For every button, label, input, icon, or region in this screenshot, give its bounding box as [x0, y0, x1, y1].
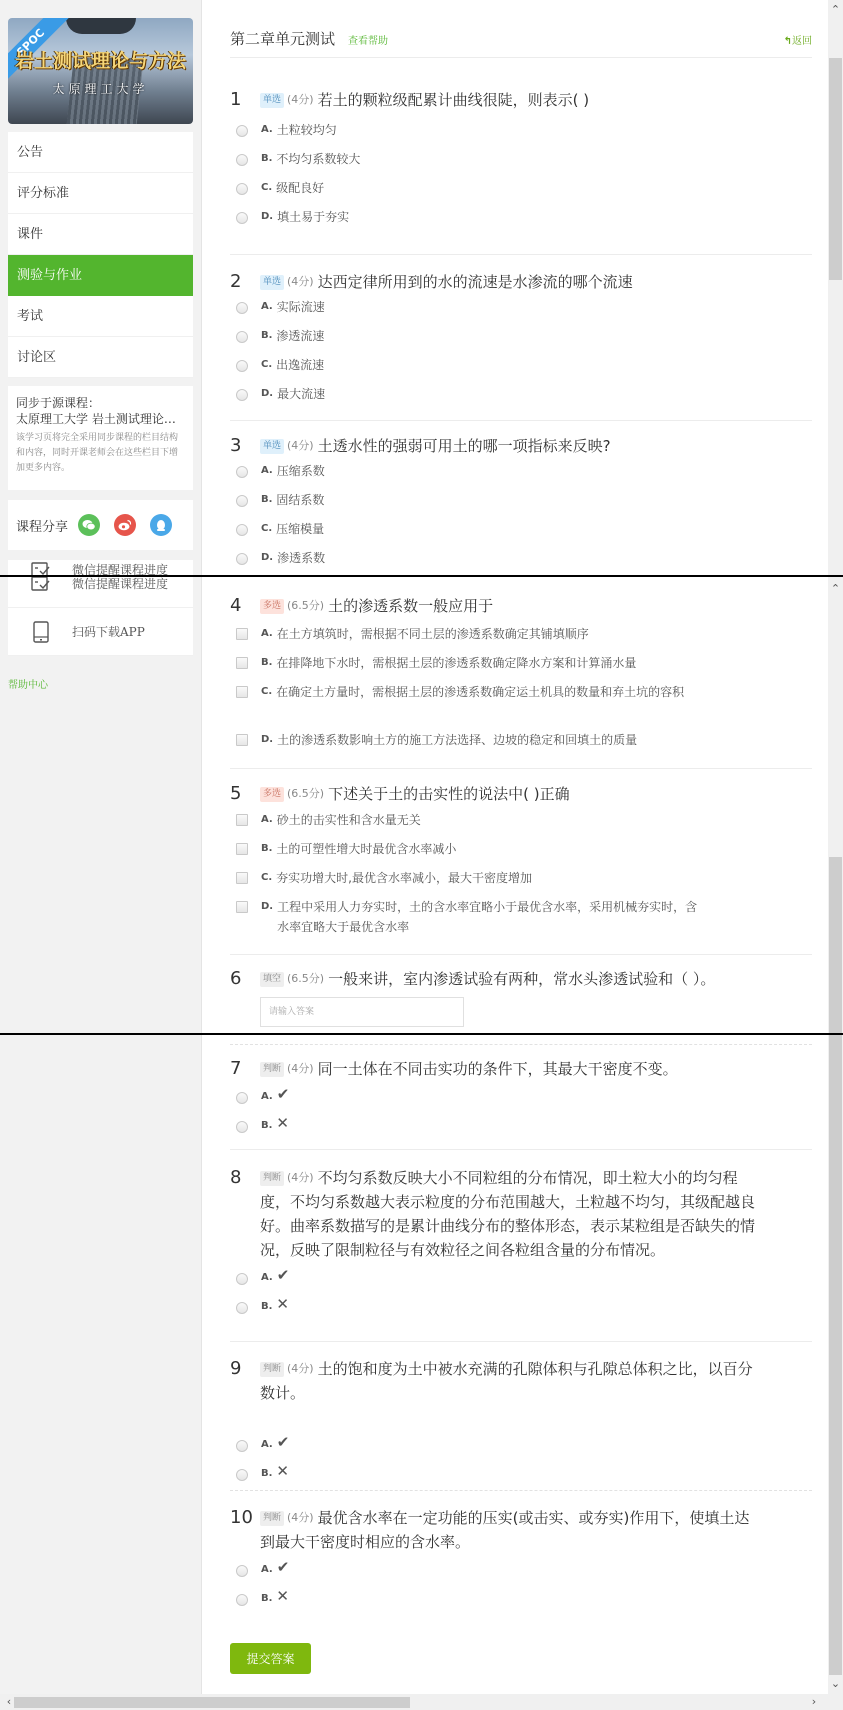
- option-d[interactable]: D.渗透系数: [230, 550, 812, 576]
- question-score: (4分): [287, 93, 314, 106]
- option-d[interactable]: D.土的渗透系数影响土方的施工方法选择、边坡的稳定和回填土的质量: [230, 732, 812, 761]
- question-score: (4分): [287, 1362, 314, 1375]
- option-a[interactable]: A.压缩系数: [230, 463, 812, 492]
- question-score: (4分): [287, 1062, 314, 1075]
- option-d[interactable]: D.填土易于夯实: [230, 209, 812, 238]
- question-text: 土透水性的强弱可用土的哪一项指标来反映?: [318, 437, 611, 455]
- radio-button[interactable]: [236, 1302, 248, 1314]
- question-score: (4分): [287, 275, 314, 288]
- sidebar-tools-box: 微信提醒课程进度 扫码下载APP: [8, 577, 193, 656]
- back-link[interactable]: ↰返回: [784, 32, 812, 47]
- options-list: A.✔ B.✕: [230, 1562, 812, 1620]
- option-d[interactable]: D.最大流速: [230, 386, 812, 415]
- scroll-down-arrow-icon[interactable]: ⌄: [828, 1676, 843, 1692]
- wechat-icon[interactable]: [78, 514, 100, 536]
- question-type-tag: 单选: [260, 93, 284, 108]
- question-header: 7 判断(4分)同一土体在不同击实功的条件下，其最大干密度不变。: [230, 1057, 812, 1081]
- question-header: 4 多选(6.5分)土的渗透系数一般应用于: [230, 594, 812, 618]
- options-list: A.实际流速 B.渗透流速 C.出逸流速 D.最大流速: [230, 299, 812, 415]
- radio-button[interactable]: [236, 389, 248, 401]
- question-header: 10 判断(4分)最优含水率在一定功能的压实(或击实、或夯实)作用下，使填土达到…: [230, 1506, 760, 1554]
- sidebar-item-announcements[interactable]: 公告: [8, 132, 193, 173]
- options-list: A.压缩系数 B.固结系数 C.压缩模量 D.渗透系数: [230, 463, 812, 576]
- vertical-scrollbar[interactable]: ⌃: [828, 0, 843, 576]
- question-10: 10 判断(4分)最优含水率在一定功能的压实(或击实、或夯实)作用下，使填土达到…: [230, 1506, 812, 1620]
- checkbox[interactable]: [236, 734, 248, 746]
- option-letter: A.: [261, 124, 273, 135]
- phone-icon: [28, 621, 54, 643]
- radio-button[interactable]: [236, 183, 248, 195]
- question-number: 8: [230, 1166, 241, 1190]
- option-letter: A.: [261, 1564, 273, 1575]
- option-b[interactable]: B.在排降地下水时，需根据土层的渗透系数确定降水方案和计算涌水量: [230, 655, 812, 684]
- checkbox[interactable]: [236, 628, 248, 640]
- checkbox[interactable]: [236, 872, 248, 884]
- option-letter: D.: [261, 552, 273, 563]
- question-score: (6.5分): [287, 972, 324, 985]
- question-number: 1: [230, 88, 241, 112]
- cross-icon: ✕: [276, 1295, 289, 1313]
- question-score: (6.5分): [287, 787, 324, 800]
- option-text: 压缩系数: [277, 461, 697, 481]
- radio-button[interactable]: [236, 331, 248, 343]
- share-label: 课程分享: [16, 516, 68, 535]
- question-text: 同一土体在不同击实功的条件下，其最大干密度不变。: [318, 1060, 678, 1078]
- option-text: 出逸流速: [276, 355, 696, 375]
- radio-button[interactable]: [236, 1469, 248, 1481]
- scroll-up-arrow-icon[interactable]: ⌃: [828, 2, 843, 18]
- question-header: 1 单选(4分)若土的颗粒级配累计曲线很陡，则表示( ): [230, 88, 812, 112]
- capture-panel-3: 7 判断(4分)同一土体在不同击实功的条件下，其最大干密度不变。 A.✔ B.✕…: [0, 1035, 843, 1694]
- check-icon: ✔: [277, 1558, 290, 1576]
- scroll-up-arrow-icon[interactable]: ⌃: [828, 581, 843, 597]
- option-c[interactable]: C.在确定土方量时，需根据土层的渗透系数确定运土机具的数量和弃土坑的容积: [230, 684, 812, 732]
- question-1: 1 单选(4分)若土的颗粒级配累计曲线很陡，则表示( ) A.土粒较均匀 B.不…: [230, 88, 812, 238]
- radio-button[interactable]: [236, 302, 248, 314]
- question-number: 7: [230, 1057, 241, 1081]
- qq-icon[interactable]: [150, 514, 172, 536]
- option-false[interactable]: B.✕: [230, 1591, 812, 1620]
- options-list: A.砂土的击实性和含水量无关 B.土的可塑性增大时最优含水率减小 C.夯实功增大…: [230, 812, 812, 943]
- option-b[interactable]: B.渗透流速: [230, 328, 812, 357]
- option-letter: A.: [261, 465, 273, 476]
- sidebar-item-exams[interactable]: 考试: [8, 296, 193, 337]
- question-type-tag: 单选: [260, 275, 284, 290]
- checkbox[interactable]: [236, 657, 248, 669]
- question-4: 4 多选(6.5分)土的渗透系数一般应用于 A.在土方填筑时，需根据不同土层的渗…: [230, 594, 812, 761]
- option-letter: A.: [261, 814, 273, 825]
- submit-answers-button[interactable]: 提交答案: [230, 1643, 311, 1674]
- option-text: 压缩模量: [276, 519, 696, 539]
- option-text: 实际流速: [277, 297, 697, 317]
- question-type-tag: 多选: [260, 787, 284, 802]
- sidebar-item-grading[interactable]: 评分标准: [8, 173, 193, 214]
- radio-button[interactable]: [236, 1121, 248, 1133]
- page-header: 第二章单元测试 查看帮助 ↰返回: [230, 28, 812, 58]
- sync-course-link[interactable]: 太原理工大学 岩土测试理论与...: [16, 411, 185, 427]
- question-score: (6.5分): [287, 599, 324, 612]
- option-text: 渗透流速: [276, 326, 696, 346]
- question-number: 2: [230, 270, 241, 294]
- course-share-box: 课程分享: [8, 500, 193, 550]
- option-text: 夯实功增大时,最优含水率减小，最大干密度增加: [276, 868, 696, 888]
- option-letter: C.: [261, 359, 272, 370]
- question-header: 8 判断(4分)不均匀系数反映大小不同粒组的分布情况，即土粒大小的均匀程度，不均…: [230, 1166, 760, 1262]
- option-text: 固结系数: [276, 490, 696, 510]
- checkbox[interactable]: [236, 901, 248, 913]
- question-type-tag: 判断: [260, 1171, 284, 1186]
- cover-building-top: [66, 18, 136, 34]
- option-true[interactable]: A.✔: [230, 1089, 812, 1118]
- question-score: (4分): [287, 439, 314, 452]
- option-c[interactable]: C.级配良好: [230, 180, 812, 209]
- cross-icon: ✕: [276, 1462, 289, 1480]
- question-divider: [230, 254, 812, 255]
- question-text: 达西定律所用到的水的流速是水渗流的哪个流速: [318, 273, 633, 291]
- question-3: 3 单选(4分)土透水性的强弱可用土的哪一项指标来反映? A.压缩系数 B.固结…: [230, 434, 812, 576]
- question-6: 6 填空(6.5分)一般来讲，室内渗透试验有两种，常水头渗透试验和（ ）。: [230, 967, 812, 991]
- back-link-label: 返回: [792, 36, 812, 47]
- radio-button[interactable]: [236, 1594, 248, 1606]
- option-true[interactable]: A.✔: [230, 1270, 812, 1299]
- option-letter: B.: [261, 1468, 272, 1479]
- question-2: 2 单选(4分)达西定律所用到的水的流速是水渗流的哪个流速 A.实际流速 B.渗…: [230, 270, 812, 415]
- header-divider: [230, 57, 812, 58]
- checkbox[interactable]: [236, 814, 248, 826]
- question-number: 3: [230, 434, 241, 458]
- checkbox[interactable]: [236, 843, 248, 855]
- cross-icon: ✕: [276, 1114, 289, 1132]
- cover-school-name: 太原理工大学: [8, 80, 193, 97]
- option-b[interactable]: B.土的可塑性增大时最优含水率减小: [230, 841, 812, 870]
- radio-button[interactable]: [236, 466, 248, 478]
- question-8: 8 判断(4分)不均匀系数反映大小不同粒组的分布情况，即土粒大小的均匀程度，不均…: [230, 1166, 812, 1328]
- scrollbar-thumb[interactable]: [14, 1697, 410, 1708]
- option-a[interactable]: A.在土方填筑时，需根据不同土层的渗透系数确定其铺填顺序: [230, 626, 812, 655]
- options-list: A.✔ B.✕: [230, 1270, 812, 1328]
- question-5: 5 多选(6.5分)下述关于土的击实性的说法中( )正确 A.砂土的击实性和含水…: [230, 782, 812, 943]
- capture-panel-1: SPOC 岩土测试理论与方法 太原理工大学 公告 评分标准 课件 测验与作业 考…: [0, 0, 843, 576]
- radio-button[interactable]: [236, 360, 248, 372]
- sidebar-item-discussion[interactable]: 讨论区: [8, 337, 193, 378]
- option-letter: B.: [261, 1120, 272, 1131]
- question-header: 3 单选(4分)土透水性的强弱可用土的哪一项指标来反映?: [230, 434, 812, 458]
- option-text: 土粒较均匀: [277, 120, 697, 140]
- radio-button[interactable]: [236, 1273, 248, 1285]
- weibo-icon[interactable]: [114, 514, 136, 536]
- vertical-scrollbar[interactable]: ⌄: [828, 1035, 843, 1694]
- question-text: 最优含水率在一定功能的压实(或击实、或夯实)作用下，使填土达到最大干密度时相应的…: [260, 1509, 749, 1551]
- wechat-reminder-item[interactable]: 微信提醒课程进度: [8, 546, 193, 576]
- question-divider: [230, 768, 812, 769]
- options-list: A.土粒较均匀 B.不均匀系数较大 C.级配良好 D.填土易于夯实: [230, 122, 812, 238]
- option-a[interactable]: A.土粒较均匀: [230, 122, 812, 151]
- option-text: 渗透系数: [277, 548, 697, 568]
- sidebar-tools-box-top: 微信提醒课程进度: [8, 560, 193, 576]
- option-text: 不均匀系数较大: [276, 149, 696, 169]
- capture-separator: [0, 1033, 843, 1035]
- question-type-tag: 填空: [260, 972, 284, 987]
- option-letter: A.: [261, 1272, 273, 1283]
- question-header: 2 单选(4分)达西定律所用到的水的流速是水渗流的哪个流速: [230, 270, 812, 294]
- answer-input[interactable]: [260, 997, 464, 1027]
- option-letter: B.: [261, 657, 272, 668]
- question-divider: [230, 1149, 812, 1150]
- options-list: A.在土方填筑时，需根据不同土层的渗透系数确定其铺填顺序 B.在排降地下水时，需…: [230, 626, 812, 761]
- question-7: 7 判断(4分)同一土体在不同击实功的条件下，其最大干密度不变。 A.✔ B.✕: [230, 1057, 812, 1147]
- sidebar-background: [0, 1035, 200, 1694]
- reminder-icon: [28, 577, 54, 592]
- sidebar-item-courseware[interactable]: 课件: [8, 214, 193, 255]
- question-number: 10: [230, 1506, 253, 1530]
- option-d[interactable]: D.工程中采用人力夯实时，土的含水率宜略小于最优含水率，采用机械夯实时，含水率宜…: [230, 899, 812, 943]
- help-center-link[interactable]: 帮助中心: [8, 676, 48, 691]
- option-text: 填土易于夯实: [277, 207, 697, 227]
- scroll-right-arrow-icon[interactable]: ›: [807, 1694, 821, 1710]
- option-a[interactable]: A.砂土的击实性和含水量无关: [230, 812, 812, 841]
- question-number: 9: [230, 1357, 241, 1381]
- question-header: 9 判断(4分)土的饱和度为土中被水充满的孔隙体积与孔隙总体积之比，以百分数计。: [230, 1357, 760, 1405]
- option-c[interactable]: C.夯实功增大时,最优含水率减小，最大干密度增加: [230, 870, 812, 899]
- options-list: A.✔ B.✕: [230, 1437, 812, 1495]
- question-divider: [230, 420, 812, 421]
- option-text: 最大流速: [277, 384, 697, 404]
- horizontal-scrollbar[interactable]: ‹ ›: [0, 1694, 843, 1710]
- radio-button[interactable]: [236, 1565, 248, 1577]
- scrollbar-thumb[interactable]: [829, 857, 842, 1034]
- capture-separator: [0, 575, 843, 577]
- question-divider: [230, 1341, 812, 1342]
- options-list: A.✔ B.✕: [230, 1089, 812, 1147]
- option-letter: B.: [261, 843, 272, 854]
- sidebar-nav: 公告 评分标准 课件 测验与作业 考试 讨论区: [8, 132, 193, 378]
- question-header: 6 填空(6.5分)一般来讲，室内渗透试验有两种，常水头渗透试验和（ ）。: [230, 967, 812, 991]
- sync-title: 同步于源课程：: [16, 396, 185, 411]
- question-number: 4: [230, 594, 241, 618]
- capture-panel-2: 微信提醒课程进度 扫码下载APP 帮助中心 4 多选(6.5分)土的渗透系数一般…: [0, 577, 843, 1034]
- download-app-label: 扫码下载APP: [72, 623, 145, 640]
- question-text: 下述关于土的击实性的说法中( )正确: [328, 785, 569, 803]
- option-text: 砂土的击实性和含水量无关: [277, 810, 697, 830]
- option-text: 在排降地下水时，需根据土层的渗透系数确定降水方案和计算涌水量: [276, 653, 696, 673]
- radio-button[interactable]: [236, 1440, 248, 1452]
- option-false[interactable]: B.✕: [230, 1118, 812, 1147]
- option-letter: B.: [261, 494, 272, 505]
- question-9: 9 判断(4分)土的饱和度为土中被水充满的孔隙体积与孔隙总体积之比，以百分数计。…: [230, 1357, 812, 1495]
- option-letter: B.: [261, 153, 272, 164]
- page-title: 第二章单元测试: [230, 28, 335, 49]
- check-icon: ✔: [277, 1085, 290, 1103]
- radio-button[interactable]: [236, 212, 248, 224]
- scrollbar-thumb[interactable]: [829, 1035, 842, 1675]
- question-score: (4分): [287, 1171, 314, 1184]
- question-number: 5: [230, 782, 241, 806]
- sync-note: 该学习页将完全采用同步课程的栏目结构和内容，同时开课老师会在这些栏目下增加更多内…: [16, 431, 185, 476]
- view-help-link[interactable]: 查看帮助: [348, 32, 388, 47]
- cross-icon: ✕: [276, 1587, 289, 1605]
- option-true[interactable]: A.✔: [230, 1437, 812, 1466]
- sidebar-item-quizzes[interactable]: 测验与作业: [8, 255, 193, 296]
- option-letter: A.: [261, 301, 273, 312]
- checkbox[interactable]: [236, 686, 248, 698]
- back-arrow-icon: ↰: [784, 36, 792, 47]
- option-letter: A.: [261, 628, 273, 639]
- question-score: (4分): [287, 1511, 314, 1524]
- option-c[interactable]: C.压缩模量: [230, 521, 812, 550]
- radio-button[interactable]: [236, 125, 248, 137]
- question-type-tag: 判断: [260, 1062, 284, 1077]
- option-text: 土的渗透系数影响土方的施工方法选择、边坡的稳定和回填土的质量: [277, 730, 697, 750]
- option-letter: B.: [261, 1301, 272, 1312]
- option-letter: D.: [261, 901, 273, 912]
- option-letter: D.: [261, 734, 273, 745]
- option-letter: B.: [261, 330, 272, 341]
- question-divider: [230, 954, 812, 955]
- scrollbar-thumb[interactable]: [829, 58, 842, 280]
- question-text: 不均匀系数反映大小不同粒组的分布情况，即土粒大小的均匀程度，不均匀系数越大表示粒…: [260, 1169, 755, 1259]
- option-text: 级配良好: [276, 178, 696, 198]
- question-text: 土的饱和度为土中被水充满的孔隙体积与孔隙总体积之比，以百分数计。: [260, 1360, 753, 1402]
- option-letter: A.: [261, 1439, 273, 1450]
- option-text: 在确定土方量时，需根据土层的渗透系数确定运土机具的数量和弃土坑的容积: [276, 682, 696, 702]
- option-a[interactable]: A.实际流速: [230, 299, 812, 328]
- option-letter: C.: [261, 872, 272, 883]
- question-divider: [230, 1490, 812, 1491]
- wechat-reminder-label: 微信提醒课程进度: [72, 577, 168, 592]
- option-letter: B.: [261, 1593, 272, 1604]
- option-b[interactable]: B.固结系数: [230, 492, 812, 521]
- download-app-item[interactable]: 扫码下载APP: [8, 608, 193, 656]
- option-true[interactable]: A.✔: [230, 1562, 812, 1591]
- option-letter: D.: [261, 211, 273, 222]
- wechat-reminder-item[interactable]: 微信提醒课程进度: [8, 577, 193, 608]
- wechat-reminder-label: 微信提醒课程进度: [72, 561, 168, 576]
- cover-course-title: 岩土测试理论与方法: [8, 46, 193, 73]
- option-text: 工程中采用人力夯实时，土的含水率宜略小于最优含水率，采用机械夯实时，含水率宜略大…: [277, 897, 697, 937]
- question-text: 一般来讲，室内渗透试验有两种，常水头渗透试验和（ ）。: [328, 970, 715, 988]
- option-letter: C.: [261, 523, 272, 534]
- option-c[interactable]: C.出逸流速: [230, 357, 812, 386]
- question-divider: [230, 1044, 812, 1045]
- radio-button[interactable]: [236, 495, 248, 507]
- question-text: 土的渗透系数一般应用于: [328, 597, 493, 615]
- sync-source-box: 同步于源课程： 太原理工大学 岩土测试理论与... 该学习页将完全采用同步课程的…: [8, 386, 193, 490]
- question-text: 若土的颗粒级配累计曲线很陡，则表示( ): [318, 91, 589, 109]
- question-type-tag: 多选: [260, 599, 284, 614]
- option-text: 在土方填筑时，需根据不同土层的渗透系数确定其铺填顺序: [277, 624, 697, 644]
- radio-button[interactable]: [236, 154, 248, 166]
- radio-button[interactable]: [236, 553, 248, 565]
- course-cover-image[interactable]: SPOC 岩土测试理论与方法 太原理工大学: [8, 18, 193, 124]
- option-letter: C.: [261, 686, 272, 697]
- option-letter: C.: [261, 182, 272, 193]
- check-icon: ✔: [277, 1433, 290, 1451]
- option-b[interactable]: B.不均匀系数较大: [230, 151, 812, 180]
- option-false[interactable]: B.✕: [230, 1299, 812, 1328]
- question-number: 6: [230, 967, 241, 991]
- option-text: 土的可塑性增大时最优含水率减小: [276, 839, 696, 859]
- question-header: 5 多选(6.5分)下述关于土的击实性的说法中( )正确: [230, 782, 812, 806]
- option-letter: A.: [261, 1091, 273, 1102]
- reminder-icon: [28, 562, 54, 577]
- vertical-scrollbar[interactable]: ⌃: [828, 577, 843, 1034]
- question-type-tag: 单选: [260, 439, 284, 454]
- check-icon: ✔: [277, 1266, 290, 1284]
- question-type-tag: 判断: [260, 1511, 284, 1526]
- option-letter: D.: [261, 388, 273, 399]
- radio-button[interactable]: [236, 524, 248, 536]
- question-type-tag: 判断: [260, 1362, 284, 1377]
- radio-button[interactable]: [236, 1092, 248, 1104]
